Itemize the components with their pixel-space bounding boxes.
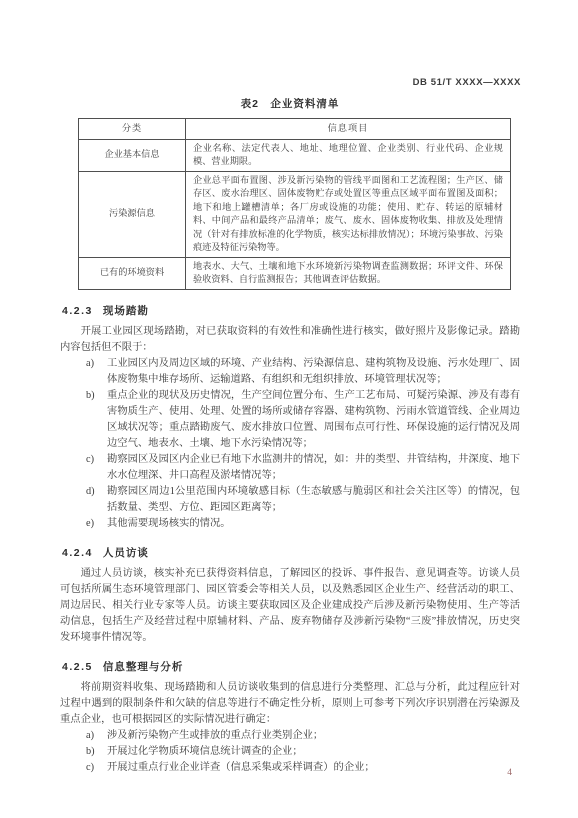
row-category: 企业基本信息 [79,139,186,171]
section-number: 4.2.3 [62,305,93,317]
section-paragraph: 将前期资料收集、现场踏勘和人员访谈收集到的信息进行分类整理、汇总与分析，此过程应… [60,680,520,728]
row-category: 污染源信息 [79,171,186,257]
section-list: a)工业园区内及周边区域的环境、产业结构、污染源信息、建构筑物及设施、污水处理厂… [60,356,520,532]
section-number: 4.2.4 [62,547,93,559]
enterprise-info-table: 分类 信息项目 企业基本信息 企业名称、法定代表人、地址、地理位置、企业类别、行… [78,118,511,290]
list-item: e)其他需要现场核实的情况。 [86,516,520,532]
section-paragraph: 开展工业园区现场踏勘，对已获取资料的有效性和准确性进行核实，做好照片及影像记录。… [60,324,520,356]
list-item-label: b) [86,744,107,760]
section-heading-4-2-5: 4.2.5信息整理与分析 [62,659,520,674]
list-item-label: b) [86,388,107,452]
list-item-text: 其他需要现场核实的情况。 [107,516,520,532]
list-item-text: 勘察园区周边1公里范围内环境敏感目标（生态敏感与脆弱区和社会关注区等）的情况，包… [107,484,520,516]
list-item-text: 涉及新污染物产生或排放的重点行业类别企业； [107,728,520,744]
list-item-label: a) [86,356,107,388]
page-content: 表2 企业资料清单 分类 信息项目 企业基本信息 企业名称、法定代表人、地址、地… [60,0,520,776]
list-item: a)涉及新污染物产生或排放的重点行业类别企业； [86,728,520,744]
list-item-text: 开展过重点行业企业详查（信息采集或采样调查）的企业； [107,760,520,776]
list-item-label: c) [86,452,107,484]
list-item: a)工业园区内及周边区域的环境、产业结构、污染源信息、建构筑物及设施、污水处理厂… [86,356,520,388]
table-header-row: 分类 信息项目 [79,119,511,140]
list-item: c)开展过重点行业企业详查（信息采集或采样调查）的企业； [86,760,520,776]
list-item: c)勘察园区及园区内企业已有地下水监测井的情况，如：井的类型、井管结构，井深度、… [86,452,520,484]
table-row: 污染源信息 企业总平面布置图、涉及新污染物的管线平面图和工艺流程图；生产区、储存… [79,171,511,257]
list-item-text: 重点企业的现状及历史情况，生产空间位置分布、生产工艺布局、可疑污染源、涉及有毒有… [107,388,520,452]
list-item-label: c) [86,760,107,776]
row-items: 地表水、大气、土壤和地下水环境新污染物调查监测数据；环评文件、环保验收资料、自行… [186,257,511,289]
list-item: b)重点企业的现状及历史情况，生产空间位置分布、生产工艺布局、可疑污染源、涉及有… [86,388,520,452]
list-item-text: 工业园区内及周边区域的环境、产业结构、污染源信息、建构筑物及设施、污水处理厂、固… [107,356,520,388]
document-page: DB 51/T XXXX—XXXX 表2 企业资料清单 分类 信息项目 企业基本… [0,0,578,818]
list-item-label: e) [86,516,107,532]
column-header-category: 分类 [79,119,186,140]
section-heading-4-2-4: 4.2.4人员访谈 [62,545,520,560]
list-item-text: 开展过化学物质环境信息统计调查的企业； [107,744,520,760]
table-row: 企业基本信息 企业名称、法定代表人、地址、地理位置、企业类别、行业代码、企业规模… [79,139,511,171]
row-items: 企业名称、法定代表人、地址、地理位置、企业类别、行业代码、企业规模、营业期限。 [186,139,511,171]
list-item-label: a) [86,728,107,744]
list-item-text: 勘察园区及园区内企业已有地下水监测井的情况，如：井的类型、井管结构，井深度、地下… [107,452,520,484]
list-item: b)开展过化学物质环境信息统计调查的企业； [86,744,520,760]
table-row: 已有的环境资料 地表水、大气、土壤和地下水环境新污染物调查监测数据；环评文件、环… [79,257,511,289]
section-number: 4.2.5 [62,661,93,673]
page-number: 4 [507,768,512,778]
section-heading-4-2-3: 4.2.3现场踏勘 [62,303,520,318]
table-title: 表2 企业资料清单 [60,96,520,111]
section-title: 现场踏勘 [103,305,149,317]
row-category: 已有的环境资料 [79,257,186,289]
section-title: 人员访谈 [103,547,149,559]
column-header-items: 信息项目 [186,119,511,140]
list-item: d)勘察园区周边1公里范围内环境敏感目标（生态敏感与脆弱区和社会关注区等）的情况… [86,484,520,516]
row-items: 企业总平面布置图、涉及新污染物的管线平面图和工艺流程图；生产区、储存区、废水治理… [186,171,511,257]
section-paragraph: 通过人员访谈，核实补充已获得资料信息，了解园区的投诉、事件报告、意见调查等。访谈… [60,566,520,646]
section-title: 信息整理与分析 [103,661,184,673]
list-item-label: d) [86,484,107,516]
section-list: a)涉及新污染物产生或排放的重点行业类别企业； b)开展过化学物质环境信息统计调… [60,728,520,776]
